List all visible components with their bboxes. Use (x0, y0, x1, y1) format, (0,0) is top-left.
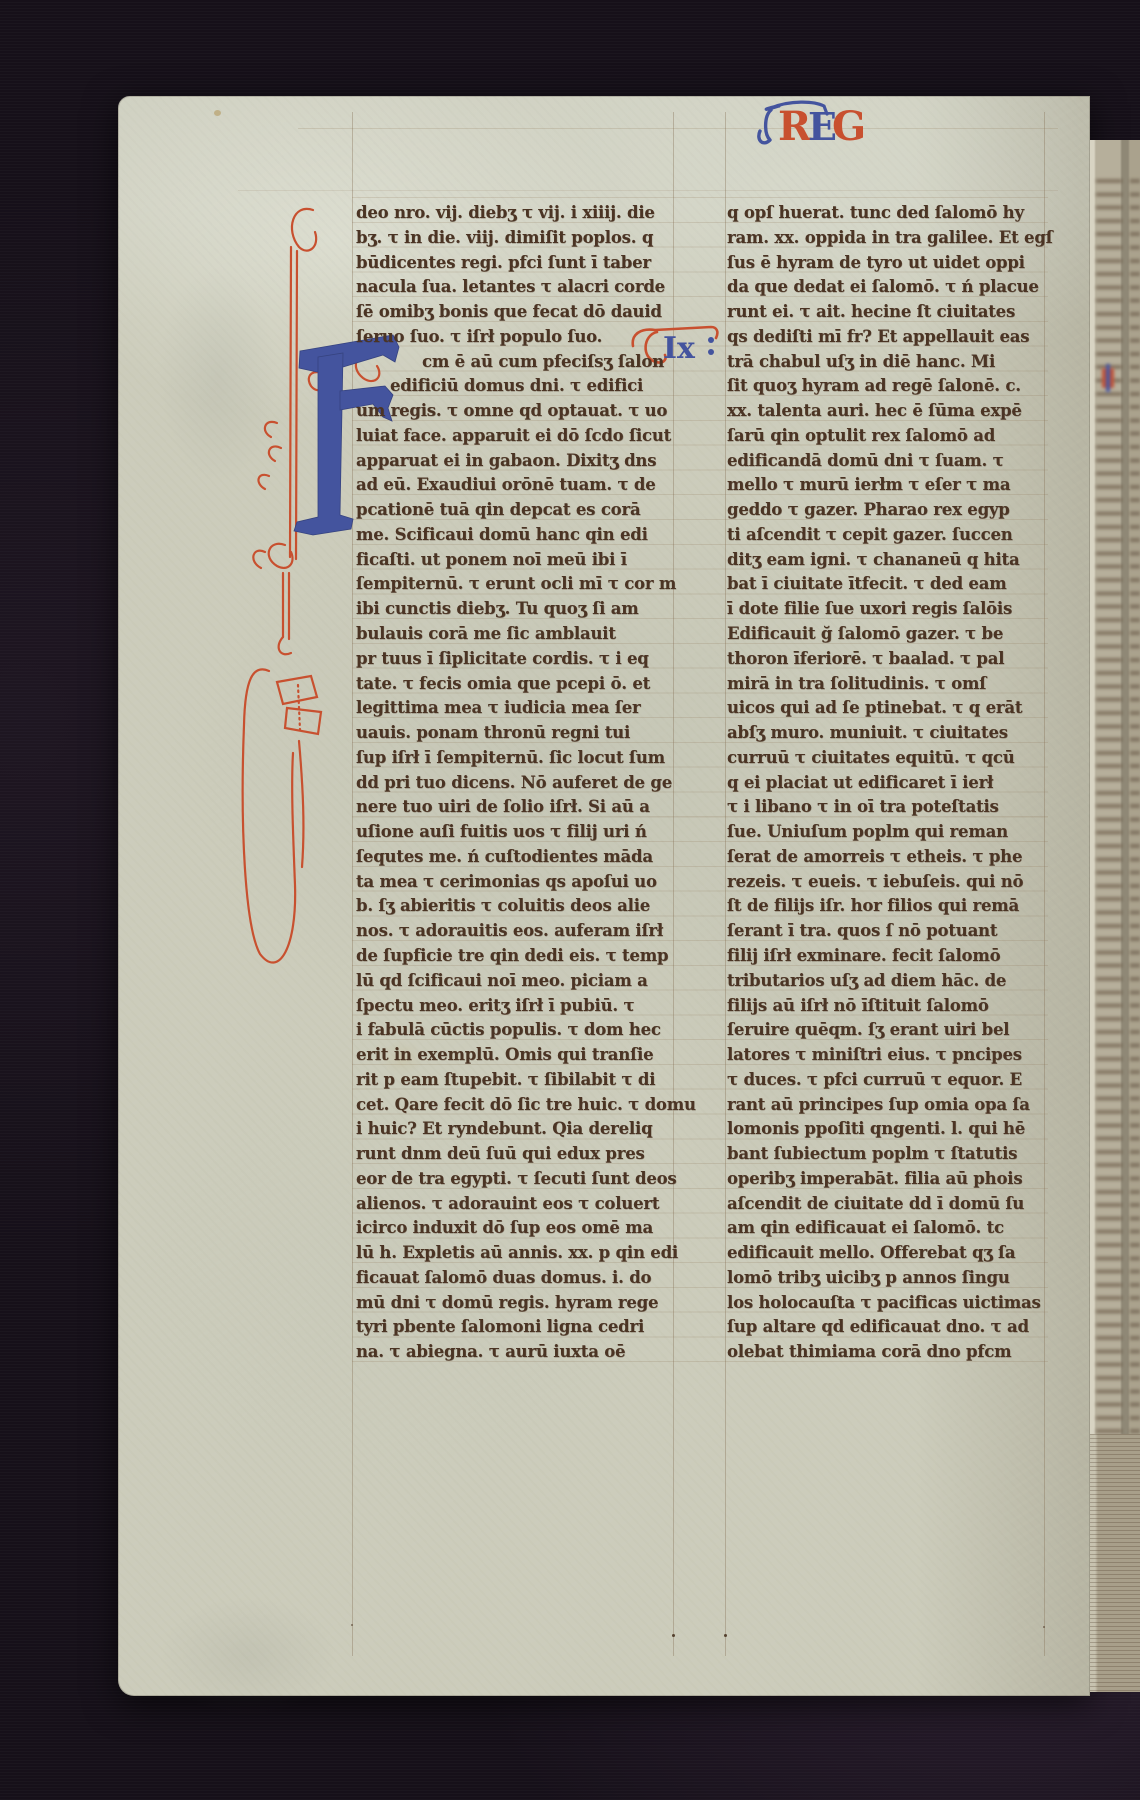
text-line: pr tuus ī ſiplicitate cordis. τ i eq (356, 649, 686, 674)
text-line: q ei placiat ut edificaret ī ierł (727, 773, 1049, 798)
text-line: i huic? Et ryndebunt. Qia dereliq (356, 1119, 686, 1144)
text-line: ta mea τ cerimonias qs apoſui uo (356, 872, 686, 897)
text-line: lū qd ſcificaui noī meo. piciam a (356, 971, 686, 996)
text-line: bat ī ciuitate ītfecit. τ ded eam (727, 574, 1049, 599)
header-letter: R (778, 103, 812, 150)
page-edge-stack (1090, 1434, 1140, 1692)
text-line: deo nro. vij. diebʒ τ vij. i xiiij. die (356, 203, 686, 228)
text-line: qs dediſti mī fr? Et appellauit eas (727, 327, 1049, 352)
text-line: xx. talenta auri. hec ē ſūma expē (727, 401, 1049, 426)
text-line: na. τ abiegna. τ aurū iuxta oē (356, 1342, 686, 1367)
text-line: lomō tribʒ uicibʒ p annos ſingu (727, 1268, 1049, 1293)
text-line: nere tuo uiri de ſolio iſrł. Si aū a (356, 797, 686, 822)
text-line: apparuat ei in gabaon. Dixitʒ dns (356, 451, 686, 476)
text-line: ſempiternū. τ erunt ocli mī τ cor m (356, 574, 686, 599)
next-folio-initial-blur (1102, 364, 1114, 392)
text-line: ſequtes me. ń cuſtodientes māda (356, 847, 686, 872)
text-line: ti aſcendit τ cepit gazer. ſuccen (727, 525, 1049, 550)
text-line: τ duces. τ pfci curruū τ equor. E (727, 1070, 1049, 1095)
text-line: edificauit mello. Offerebat qʒ ſa (727, 1243, 1049, 1268)
pricking-dot (672, 1634, 675, 1637)
text-line: rit p eam ſtupebit. τ ſibilabit τ di (356, 1070, 686, 1095)
text-line: am qin edificauat ei ſalomō. tc (727, 1218, 1049, 1243)
text-column-left: deo nro. vij. diebʒ τ vij. i xiiij. dieb… (356, 203, 686, 1367)
text-line: ſt de filijs iſr. hor filios qui remā (727, 896, 1049, 921)
text-line: edificandā domū dni τ ſuam. τ (727, 451, 1049, 476)
text-line: trā chabul uſʒ in diē hanc. Mi (727, 352, 1049, 377)
text-line: cet. Qare fecit dō ſic tre huic. τ domu (356, 1095, 686, 1120)
text-line: ſus ē hyram de tyro ut uidet oppi (727, 253, 1049, 278)
text-line: uſione auſi fuitis uos τ filij uri ń (356, 822, 686, 847)
text-line: bant ſubiectum poplm τ ſtatutis (727, 1144, 1049, 1169)
text-line: filijs aū iſrł nō īſtituit ſalomō (727, 996, 1049, 1021)
text-line: dd pri tuo dicens. Nō auferet de ge (356, 773, 686, 798)
text-line: ibi cunctis diebʒ. Tu quoʒ ſi am (356, 599, 686, 624)
text-line: de ſupficie tre qin dedi eis. τ temp (356, 946, 686, 971)
text-line: mū dni τ domū regis. hyram rege (356, 1293, 686, 1318)
fore-edge-pages (1090, 140, 1140, 1692)
text-line: τ i libano τ in oī tra poteſtatis (727, 797, 1049, 822)
text-line: rezeis. τ eueis. τ iebuſeis. qui nō (727, 872, 1049, 897)
text-line: eor de tra egypti. τ ſecuti ſunt deos (356, 1169, 686, 1194)
text-line: geddo τ gazer. Pharao rex egyp (727, 500, 1049, 525)
pricking-dot (1043, 1626, 1045, 1628)
next-folio-blurred-text (1096, 172, 1122, 1434)
text-line: ficaſti. ut ponem noī meū ibi ī (356, 550, 686, 575)
text-line: uauis. ponam thronū regni tui (356, 723, 686, 748)
text-line: filij iſrł exminare. fecit ſalomō (727, 946, 1049, 971)
text-line: me. Scificaui domū hanc qin edi (356, 525, 686, 550)
text-line: uicos qui ad ſe ptinebat. τ q erāt (727, 698, 1049, 723)
text-line: i fabulā cūctis populis. τ dom hec (356, 1020, 686, 1045)
text-line: ram. xx. oppida in tra galilee. Et egſ (727, 228, 1049, 253)
text-line: legittima mea τ iudicia mea ſer (356, 698, 686, 723)
parchment-page: R E G Ix (118, 96, 1090, 1696)
text-line: pcationē tuā qin depcat es corā (356, 500, 686, 525)
text-line: tributarios uſʒ ad diem hāc. de (727, 971, 1049, 996)
text-line: ſeruo ſuo. τ iſrł populo ſuo. (356, 327, 686, 352)
header-paraph-flourish-icon (759, 110, 771, 143)
text-line: bulauis corā me ſic amblauit (356, 624, 686, 649)
text-line: rant aū principes ſup omia opa ſa (727, 1095, 1049, 1120)
text-line: los holocauſta τ pacificas uictimas (727, 1293, 1049, 1318)
text-line: nos. τ adorauitis eos. auferam iſrł (356, 921, 686, 946)
text-line: latores τ miniſtri eius. τ pncipes (727, 1045, 1049, 1070)
text-line: curruū τ ciuitates equitū. τ qcū (727, 748, 1049, 773)
chapter-colon-dot (708, 349, 714, 355)
pricking-dot (351, 1624, 353, 1626)
text-line: mirā in tra ſolitudinis. τ omſ (727, 674, 1049, 699)
text-line: ſarū qin optulit rex ſalomō ad (727, 426, 1049, 451)
text-line: lū h. Expletis aū annis. xx. p qin edi (356, 1243, 686, 1268)
text-line: ditʒ eam igni. τ chananeū q hita (727, 550, 1049, 575)
text-line: erit in exemplū. Omis qui tranſie (356, 1045, 686, 1070)
text-line: ſē omibʒ bonis que fecat dō dauid (356, 302, 686, 327)
text-line: runt ei. τ ait. hecine ſt ciuitates (727, 302, 1049, 327)
text-line: alienos. τ adorauint eos τ coluert (356, 1194, 686, 1219)
text-column-right: q opſ huerat. tunc ded ſalomō hyram. xx.… (727, 203, 1049, 1367)
text-line: olebat thimiama corā dno pfcm (727, 1342, 1049, 1367)
next-folio-blurred-text (1130, 172, 1140, 1434)
text-line: luiat face. apparuit ei dō ſcdo ſicut (356, 426, 686, 451)
text-line: operibʒ imperabāt. filia aū phois (727, 1169, 1049, 1194)
text-line: būdicentes regi. pfci ſunt ī taber (356, 253, 686, 278)
text-line: ſpectu meo. eritʒ iſrł ī pubiū. τ (356, 996, 686, 1021)
text-line: thoron īferiorē. τ baalad. τ pal (727, 649, 1049, 674)
text-line: um regis. τ omne qd optauat. τ uo (356, 401, 686, 426)
text-line: abſʒ muro. muniuit. τ ciuitates (727, 723, 1049, 748)
text-line: runt dnm deū ſuū qui edux pres (356, 1144, 686, 1169)
text-line: Edificauit ğ ſalomō gazer. τ be (727, 624, 1049, 649)
text-line: nacula ſua. letantes τ alacri corde (356, 277, 686, 302)
text-line: mello τ murū ierłm τ eſer τ ma (727, 475, 1049, 500)
text-line: ſit quoʒ hyram ad regē ſalonē. c. (727, 376, 1049, 401)
text-line: ad eū. Exaudiui orōnē tuam. τ de (356, 475, 686, 500)
manuscript-photo: { "manuscript": { "running_header": { "l… (0, 0, 1140, 1800)
text-line: cm ē aū cum pfeciſsʒ ſalon (356, 352, 686, 377)
text-line: b. ſʒ abieritis τ coluitis deos alie (356, 896, 686, 921)
text-line: q opſ huerat. tunc ded ſalomō hy (727, 203, 1049, 228)
text-line: ſup iſrł ī ſempiternū. ſic locut ſum (356, 748, 686, 773)
text-line: edificiū domus dni. τ edifici (356, 376, 686, 401)
text-line: bʒ. τ in die. viij. dimiſit poplos. q (356, 228, 686, 253)
text-line: tyri pbente ſalomoni ligna cedri (356, 1317, 686, 1342)
text-line: ficauat ſalomō duas domus. i. do (356, 1268, 686, 1293)
text-line: ſeruire quēqm. ſʒ erant uiri bel (727, 1020, 1049, 1045)
text-line: ſue. Uniuſum poplm qui reman (727, 822, 1049, 847)
text-line: da que dedat ei ſalomō. τ ń placue (727, 277, 1049, 302)
header-letter: G (832, 103, 866, 150)
text-line: ſerat de amorreis τ etheis. τ phe (727, 847, 1049, 872)
running-header: R E G (638, 98, 888, 154)
chapter-colon-dot (708, 337, 714, 343)
text-line: lomonis ppoſiti qngenti. l. qui hē (727, 1119, 1049, 1144)
text-line: icirco induxit dō ſup eos omē ma (356, 1218, 686, 1243)
text-line: ſerant ī tra. quos ſ nō potuant (727, 921, 1049, 946)
text-line: aſcendit de ciuitate dd ī domū ſu (727, 1194, 1049, 1219)
text-line: ī dote filie ſue uxori regis ſalōis (727, 599, 1049, 624)
text-line: ſup altare qd edificauat dno. τ ad (727, 1317, 1049, 1342)
pricking-dot (724, 1634, 727, 1637)
text-line: tate. τ fecis omia que pcepi ō. et (356, 674, 686, 699)
